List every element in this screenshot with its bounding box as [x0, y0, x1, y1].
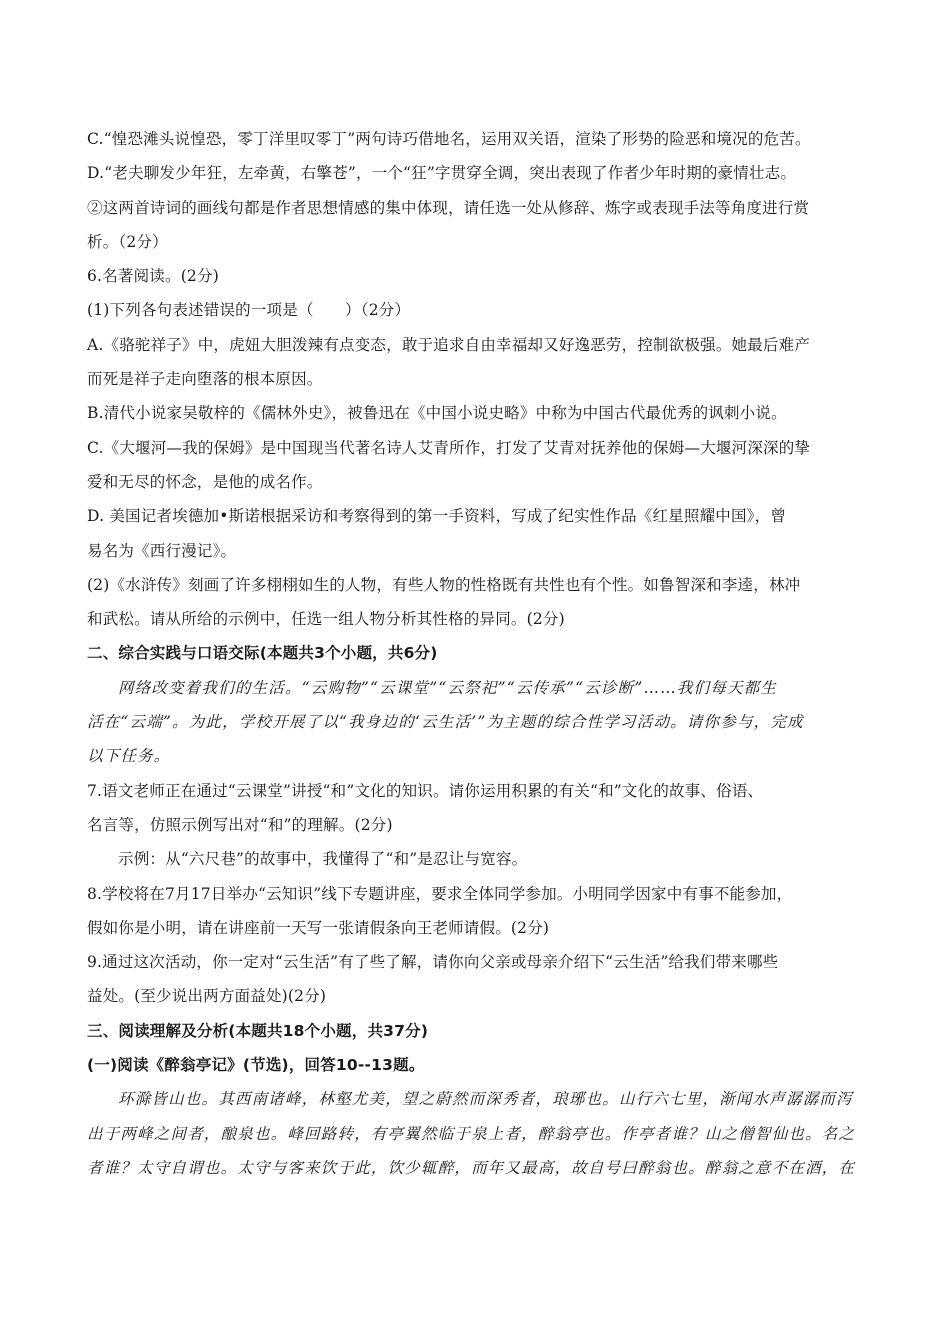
question-7: 7.语文老师正在通过“云课堂”讲授“和”文化的知识。请你运用积累的有关“和”文化…	[87, 774, 867, 808]
question-8: 8.学校将在7月17日举办“云知识”线下专题讲座，要求全体同学参加。小明同学因家…	[87, 877, 867, 911]
question-9: 9.通过这次活动，你一定对“云生活”有了些了解，请你向父亲或母亲介绍下“云生活”…	[87, 945, 867, 979]
question-7-example: 示例：从“六尺巷”的故事中，我懂得了“和”是忍让与宽容。	[87, 842, 867, 876]
question-6-2: (2)《水浒传》刻画了许多栩栩如生的人物，有些人物的性格既有共性也有个性。如鲁智…	[87, 568, 867, 602]
option-d-classic: D. 美国记者埃德加•斯诺根据采访和考察得到的第一手资料，写成了纪实性作品《红星…	[87, 499, 867, 533]
option-d-poem: D.“老夫聊发少年狂，左牵黄，右擎苍”，一个“狂”字贯穿全调，突出表现了作者少年…	[87, 156, 867, 190]
option-a-classic-cont: 而死是祥子走向堕落的根本原因。	[87, 362, 867, 396]
question-6-2-cont: 和武松。请从所给的示例中，任选一组人物分析其性格的异同。(2分)	[87, 602, 867, 636]
option-a-classic: A.《骆驼祥子》中，虎妞大胆泼辣有点变态，敢于追求自由幸福却又好逸恶劳，控制欲极…	[87, 328, 867, 362]
question-5-2: ②这两首诗词的画线句都是作者思想情感的集中体现，请任选一处从修辞、炼字或表现手法…	[87, 191, 867, 225]
option-b-classic: B.清代小说家吴敬梓的《儒林外史》，被鲁迅在《中国小说史略》中称为中国古代最优秀…	[87, 396, 867, 430]
document-page: C.“惶恐滩头说惶恐，零丁洋里叹零丁”两句诗巧借地名，运用双关语，渲染了形势的险…	[87, 122, 867, 1185]
section-3-heading: 三、阅读理解及分析(本题共18个小题，共37分)	[87, 1014, 867, 1048]
passage-line-1: 环滁皆山也。其西南诸峰，林壑尤美，望之蔚然而深秀者，琅琊也。山行六七里，渐闻水声…	[87, 1082, 867, 1116]
option-d-classic-cont: 易名为《西行漫记》。	[87, 534, 867, 568]
question-8-cont: 假如你是小明，请在讲座前一天写一张请假条向王老师请假。(2分)	[87, 911, 867, 945]
subsection-1-heading: (一)阅读《醉翁亭记》(节选)，回答10--13题。	[87, 1048, 867, 1082]
passage-line-2: 出于两峰之间者，酿泉也。峰回路转，有亭翼然临于泉上者，醉翁亭也。作亭者谁？山之僧…	[87, 1117, 867, 1151]
question-7-cont: 名言等，仿照示例写出对“和”的理解。(2分)	[87, 808, 867, 842]
section-2-heading: 二、综合实践与口语交际(本题共3个小题，共6分)	[87, 636, 867, 670]
option-c-classic-cont: 爱和无尽的怀念，是他的成名作。	[87, 465, 867, 499]
option-c-poem: C.“惶恐滩头说惶恐，零丁洋里叹零丁”两句诗巧借地名，运用双关语，渲染了形势的险…	[87, 122, 867, 156]
question-6-1: (1)下列各句表述错误的一项是（ ）（2分）	[87, 293, 867, 327]
section-2-intro: 网络改变着我们的生活。“云购物”“云课堂”“云祭祀”“云传承”“云诊断”……我们…	[87, 671, 867, 705]
option-c-classic: C.《大堰河—我的保姆》是中国现当代著名诗人艾青所作，打发了艾青对抚养他的保姆—…	[87, 431, 867, 465]
question-5-2-cont: 析。（2分）	[87, 225, 867, 259]
section-2-intro-end: 以下任务。	[87, 739, 867, 773]
passage-line-3: 者谁？太守自谓也。太守与客来饮于此，饮少辄醉，而年又最高，故自号曰醉翁也。醉翁之…	[87, 1151, 867, 1185]
question-9-cont: 益处。(至少说出两方面益处)(2分)	[87, 979, 867, 1013]
question-6-title: 6.名著阅读。(2分)	[87, 259, 867, 293]
section-2-intro-cont: 活在“云端”。为此，学校开展了以“我身边的‘云生活’”为主题的综合性学习活动。请…	[87, 705, 867, 739]
